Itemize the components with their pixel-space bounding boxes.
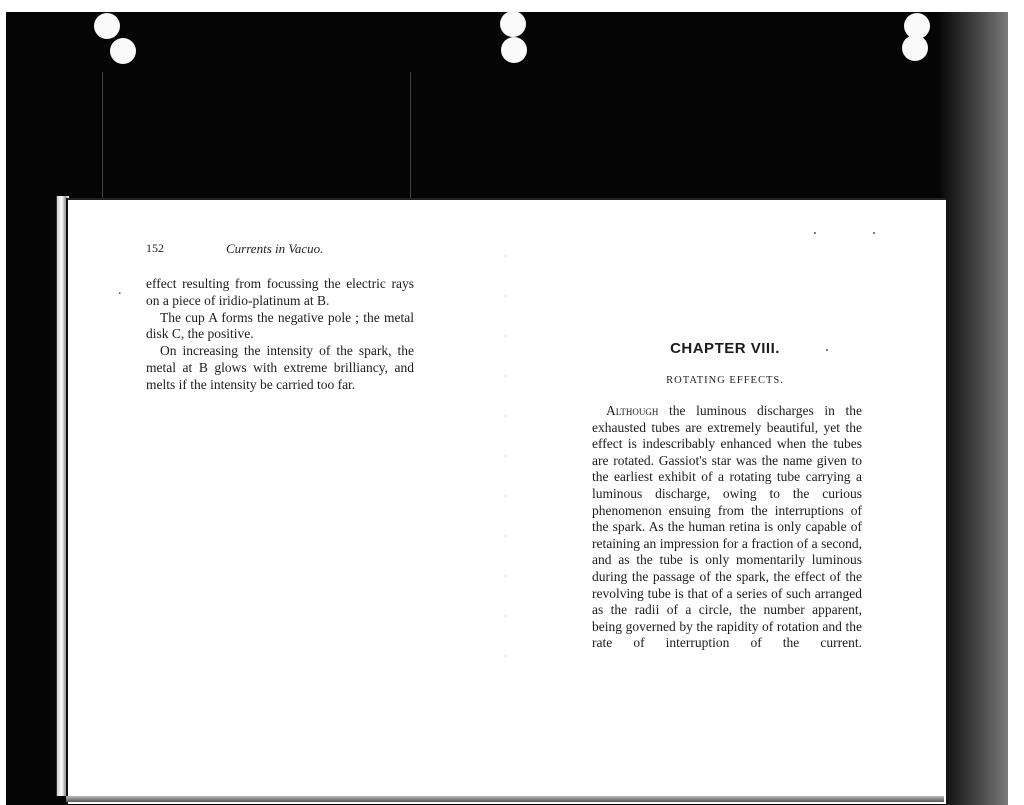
chapter-body: the luminous discharges in the exhausted… (592, 403, 862, 650)
scan-speck (873, 232, 875, 234)
punch-hole-icon (902, 35, 928, 61)
punch-hole-icon (500, 11, 526, 37)
chapter-heading: CHAPTER VIII. (590, 340, 860, 357)
margin-mark: . (118, 283, 122, 299)
left-page-body: effect resulting from focussing the elec… (146, 276, 414, 394)
book-gutter (505, 255, 506, 695)
paragraph: The cup A forms the negative pole ; the … (146, 310, 414, 344)
punch-hole-icon (501, 37, 527, 63)
running-title: Currents in Vacuo. (226, 241, 323, 257)
drop-word: Although (606, 403, 658, 418)
book-bottom-edge (66, 796, 944, 802)
punch-hole-icon (94, 13, 120, 39)
chapter-title: ROTATING EFFECTS. (590, 375, 860, 386)
crease-line (410, 72, 411, 212)
scan-edge-shadow (938, 12, 1008, 805)
page-number: 152 (146, 241, 164, 256)
right-page-body: Although the luminous discharges in the … (592, 403, 862, 652)
scan-speck (814, 232, 816, 234)
paragraph: On increasing the intensity of the spark… (146, 343, 414, 393)
punch-hole-icon (110, 38, 136, 64)
paragraph: effect resulting from focussing the elec… (146, 276, 414, 310)
crease-line (102, 72, 103, 212)
